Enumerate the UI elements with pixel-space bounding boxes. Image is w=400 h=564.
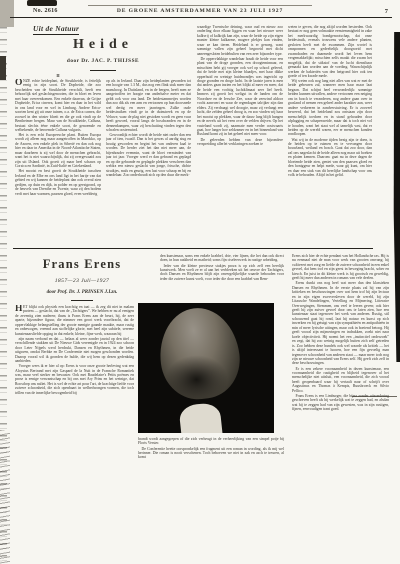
paragraph: De oppervlakkige wandelaar houdt de heid… bbox=[197, 57, 283, 137]
header-rule bbox=[10, 17, 392, 18]
erens-column-2-top: den kunstenaar, soms een enkele krabbel,… bbox=[160, 254, 284, 301]
paragraph: Erens zich hier de echte pendant van het… bbox=[292, 254, 389, 281]
paragraph: ONZE echte heideplant, de Struikheide, i… bbox=[15, 79, 101, 132]
portrait-collar bbox=[179, 402, 223, 433]
dropcap-letter: H bbox=[15, 305, 23, 313]
portrait-photo bbox=[138, 303, 274, 433]
scan-artifact-speckles bbox=[0, 430, 10, 564]
paragraph: brandt wordt aangegrepen of die zich ver… bbox=[138, 437, 284, 446]
paragraph: op als in Ierland. Daar zijn heideplante… bbox=[106, 79, 191, 132]
heide-column-1: ONZE echte heideplant, de Struikheide, i… bbox=[15, 79, 101, 245]
section-kicker: Uit de Natuur bbox=[33, 24, 79, 35]
paragraph: HET blijkt ook physiek een krachtig en t… bbox=[15, 305, 134, 336]
paragraph: Frans Erens is een Limburger, die bijna … bbox=[292, 394, 389, 412]
article-divider-rule bbox=[13, 248, 373, 249]
paragraph: den kunstenaar, soms een enkele krabbel,… bbox=[160, 254, 284, 263]
paragraph: Ieder van die kleine precieuse stukjes p… bbox=[160, 264, 284, 282]
scan-artifact-smudge bbox=[27, 0, 57, 6]
erens-column-1: HET blijkt ook physiek een krachtig en t… bbox=[15, 305, 134, 468]
heide-column-4: weten te geven, die nog altijd worden be… bbox=[288, 25, 372, 245]
heide-column-2: op als in Ierland. Daar zijn heideplante… bbox=[106, 79, 191, 245]
erens-byline-rule bbox=[71, 300, 93, 301]
page-number: 7 bbox=[372, 8, 388, 15]
heide-part-marker: II bbox=[15, 73, 101, 78]
portrait-shadow bbox=[165, 355, 228, 404]
erens-column-3: Erens zich hier de echte pendant van het… bbox=[292, 254, 389, 460]
erens-dates: 1857—23 Juli—1927 bbox=[14, 278, 150, 284]
scan-artifact-blob bbox=[0, 56, 6, 80]
heide-byline: door Dr. JAC. P. THIJSSE bbox=[14, 58, 192, 64]
paragraph: waardige Twentsche deining, waar oud en … bbox=[197, 25, 283, 56]
paragraph: Er is een zekere voornaamheid in dezen k… bbox=[292, 367, 389, 394]
paragraph: Het is een echt Europeesche plant. Buite… bbox=[15, 133, 101, 169]
paragraph: Erens dunkt ons nog heel wat meer dan de… bbox=[292, 281, 389, 366]
heide-byline-rule bbox=[90, 70, 116, 71]
header-top-rule bbox=[88, 5, 312, 6]
newspaper-page: No. 2616 DE GROENE AMSTERDAMMER VAN 23 J… bbox=[0, 0, 400, 564]
paragraph: zijn naam verbond en dat — helaas al wee… bbox=[15, 337, 134, 364]
erens-article-title: Frans Erens bbox=[14, 257, 150, 272]
paragraph: Wat wij in de moderne tijden bezig zijn … bbox=[288, 138, 372, 178]
paragraph: Het mooist en best groeit de Struikheide… bbox=[15, 169, 101, 196]
masthead-title: DE GROENE AMSTERDAMMER VAN 23 JULI 1927 bbox=[40, 8, 360, 14]
paragraph: De Conferentie heette oorspronkelijk een… bbox=[138, 447, 284, 460]
paragraph: weten te geven, die nog altijd worden be… bbox=[288, 25, 372, 78]
erens-byline: door Prof. Dr. J. PRINSEN J.Lzn. bbox=[14, 290, 150, 295]
erens-column-2-bottom: brandt wordt aangegrepen of die zich ver… bbox=[138, 437, 284, 473]
paragraph: Wij weten ook nog lang niet alles van wa… bbox=[288, 79, 372, 137]
scan-artifact-right-edge bbox=[391, 32, 400, 362]
paragraph: Gewoonlijk echter wordt de heide niet ou… bbox=[106, 133, 191, 178]
scan-artifact-corner bbox=[0, 0, 14, 27]
paragraph: De geleerden hebben van deze bijzondere … bbox=[197, 138, 283, 147]
dropcap-letter: O bbox=[15, 79, 23, 87]
heide-column-3: waardige Twentsche deining, waar oud en … bbox=[197, 25, 283, 245]
paragraph: Vroeger wees ik er hier al op: Erens is … bbox=[15, 364, 134, 395]
heide-article-title: Heide bbox=[14, 37, 192, 53]
